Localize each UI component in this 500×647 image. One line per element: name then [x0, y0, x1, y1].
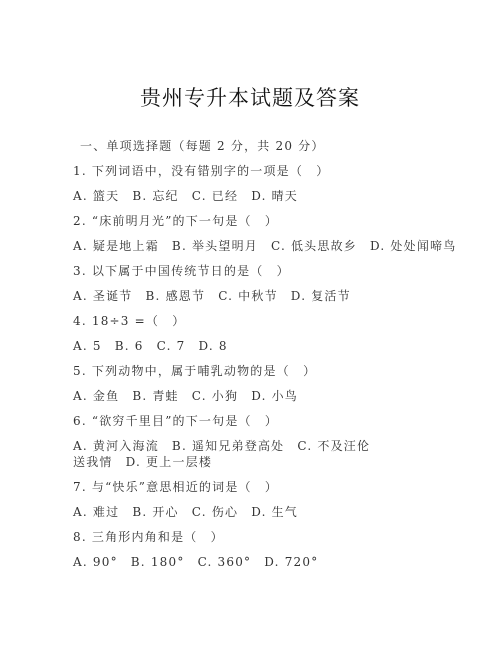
option-b: B. 青蛙 [132, 389, 178, 403]
question-options: A. 疑是地上霜 B. 举头望明月 C. 低头思故乡 D. 处处闻啼鸟 [73, 234, 453, 259]
question-3: 3. 以下属于中国传统节日的是（ ） A. 圣诞节 B. 感恩节 C. 中秋节 … [73, 259, 453, 309]
question-8: 8. 三角形内角和是（ ） A. 90° B. 180° C. 360° D. … [73, 525, 453, 575]
option-a: A. 难过 [73, 505, 119, 519]
question-section: 一、单项选择题（每题 2 分，共 20 分） 1. 下列词语中，没有错别字的一项… [73, 134, 453, 575]
option-c: C. 7 [157, 339, 186, 353]
option-b: B. 感恩节 [146, 289, 206, 303]
option-d: D. 更上一层楼 [126, 455, 212, 469]
option-d: D. 处处闻啼鸟 [370, 239, 456, 253]
option-a: A. 黄河入海流 [73, 439, 159, 453]
option-c: C. 小狗 [192, 389, 238, 403]
question-stem: 4. 18÷3 =（ ） [73, 309, 453, 334]
page-title: 贵州专升本试题及答案 [0, 82, 500, 112]
question-options: A. 圣诞节 B. 感恩节 C. 中秋节 D. 复活节 [73, 284, 453, 309]
option-d: D. 8 [199, 339, 228, 353]
option-b: B. 举头望明月 [172, 239, 258, 253]
option-a: A. 篮天 [73, 189, 119, 203]
section-heading: 一、单项选择题（每题 2 分，共 20 分） [73, 134, 453, 159]
option-c: C. 伤心 [192, 505, 238, 519]
question-5: 5. 下列动物中，属于哺乳动物的是（ ） A. 金鱼 B. 青蛙 C. 小狗 D… [73, 359, 453, 409]
question-options: A. 90° B. 180° C. 360° D. 720° [73, 550, 453, 575]
option-c: C. 360° [198, 555, 252, 569]
option-d: D. 复活节 [291, 289, 351, 303]
question-options: A. 难过 B. 开心 C. 伤心 D. 生气 [73, 500, 453, 525]
question-options: A. 篮天 B. 忘纪 C. 已经 D. 晴天 [73, 184, 453, 209]
option-c: C. 低头思故乡 [271, 239, 357, 253]
question-stem: 2. “床前明月光”的下一句是（ ） [73, 209, 453, 234]
option-c: C. 已经 [192, 189, 238, 203]
option-d: D. 晴天 [251, 189, 298, 203]
question-stem: 3. 以下属于中国传统节日的是（ ） [73, 259, 453, 284]
question-2: 2. “床前明月光”的下一句是（ ） A. 疑是地上霜 B. 举头望明月 C. … [73, 209, 453, 259]
question-options: A. 金鱼 B. 青蛙 C. 小狗 D. 小鸟 [73, 384, 453, 409]
question-stem: 6. “欲穷千里目”的下一句是（ ） [73, 409, 453, 434]
question-stem: 8. 三角形内角和是（ ） [73, 525, 453, 550]
option-b: B. 开心 [132, 505, 178, 519]
question-options: A. 5 B. 6 C. 7 D. 8 [73, 334, 453, 359]
question-7: 7. 与“快乐”意思相近的词是（ ） A. 难过 B. 开心 C. 伤心 D. … [73, 475, 453, 525]
option-b: B. 180° [131, 555, 185, 569]
option-c: C. 中秋节 [218, 289, 278, 303]
question-1: 1. 下列词语中，没有错别字的一项是（ ） A. 篮天 B. 忘纪 C. 已经 … [73, 159, 453, 209]
option-a: A. 圣诞节 [73, 289, 133, 303]
question-stem: 7. 与“快乐”意思相近的词是（ ） [73, 475, 453, 500]
question-4: 4. 18÷3 =（ ） A. 5 B. 6 C. 7 D. 8 [73, 309, 453, 359]
option-a: A. 90° [73, 555, 118, 569]
option-a: A. 疑是地上霜 [73, 239, 159, 253]
question-stem: 1. 下列词语中，没有错别字的一项是（ ） [73, 159, 453, 184]
option-a: A. 金鱼 [73, 389, 119, 403]
question-stem: 5. 下列动物中，属于哺乳动物的是（ ） [73, 359, 453, 384]
question-6: 6. “欲穷千里目”的下一句是（ ） A. 黄河入海流 B. 遥知兄弟登高处 C… [73, 409, 453, 475]
option-b: B. 6 [115, 339, 144, 353]
question-options: A. 黄河入海流 B. 遥知兄弟登高处 C. 不及汪伦送我情 D. 更上一层楼 [73, 434, 373, 475]
option-a: A. 5 [73, 339, 102, 353]
option-b: B. 忘纪 [132, 189, 178, 203]
option-b: B. 遥知兄弟登高处 [172, 439, 284, 453]
option-d: D. 小鸟 [251, 389, 298, 403]
option-d: D. 生气 [251, 505, 298, 519]
option-d: D. 720° [264, 555, 318, 569]
